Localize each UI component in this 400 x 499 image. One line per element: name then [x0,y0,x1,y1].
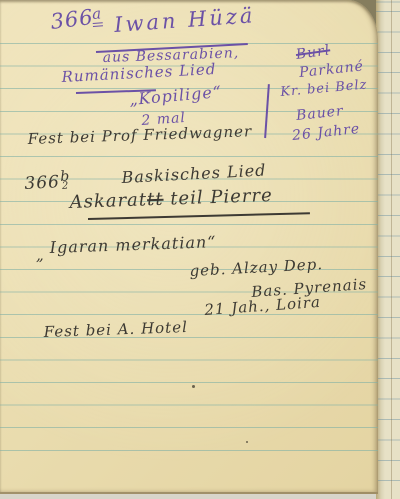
entry-b-suffix-sub: 2 [62,183,70,191]
entry-b-song-quote: „ [36,248,45,263]
ink-speck [192,385,195,388]
entry-a-number: 366 [49,7,94,33]
next-page-crease [391,0,392,499]
singer-name-part1: Askarat [69,189,147,213]
notebook-photo: 366 a Iwan Hüzä aus Bessarabien, Burl Pa… [0,0,400,499]
singer-name-struck: tt [147,189,164,211]
entry-a-singer-name: Iwan Hüzä [114,5,257,36]
entry-b-number: 366 [24,174,60,193]
ink-speck [246,441,248,443]
singer-name-part2: teil Pierre [163,185,273,210]
entry-a-number-suffix: a [92,6,103,27]
next-page-edge [376,0,400,499]
entry-b-number-suffix: b2 [60,172,71,192]
manuscript-page: 366 a Iwan Hüzä aus Bessarabien, Burl Pa… [0,0,378,494]
